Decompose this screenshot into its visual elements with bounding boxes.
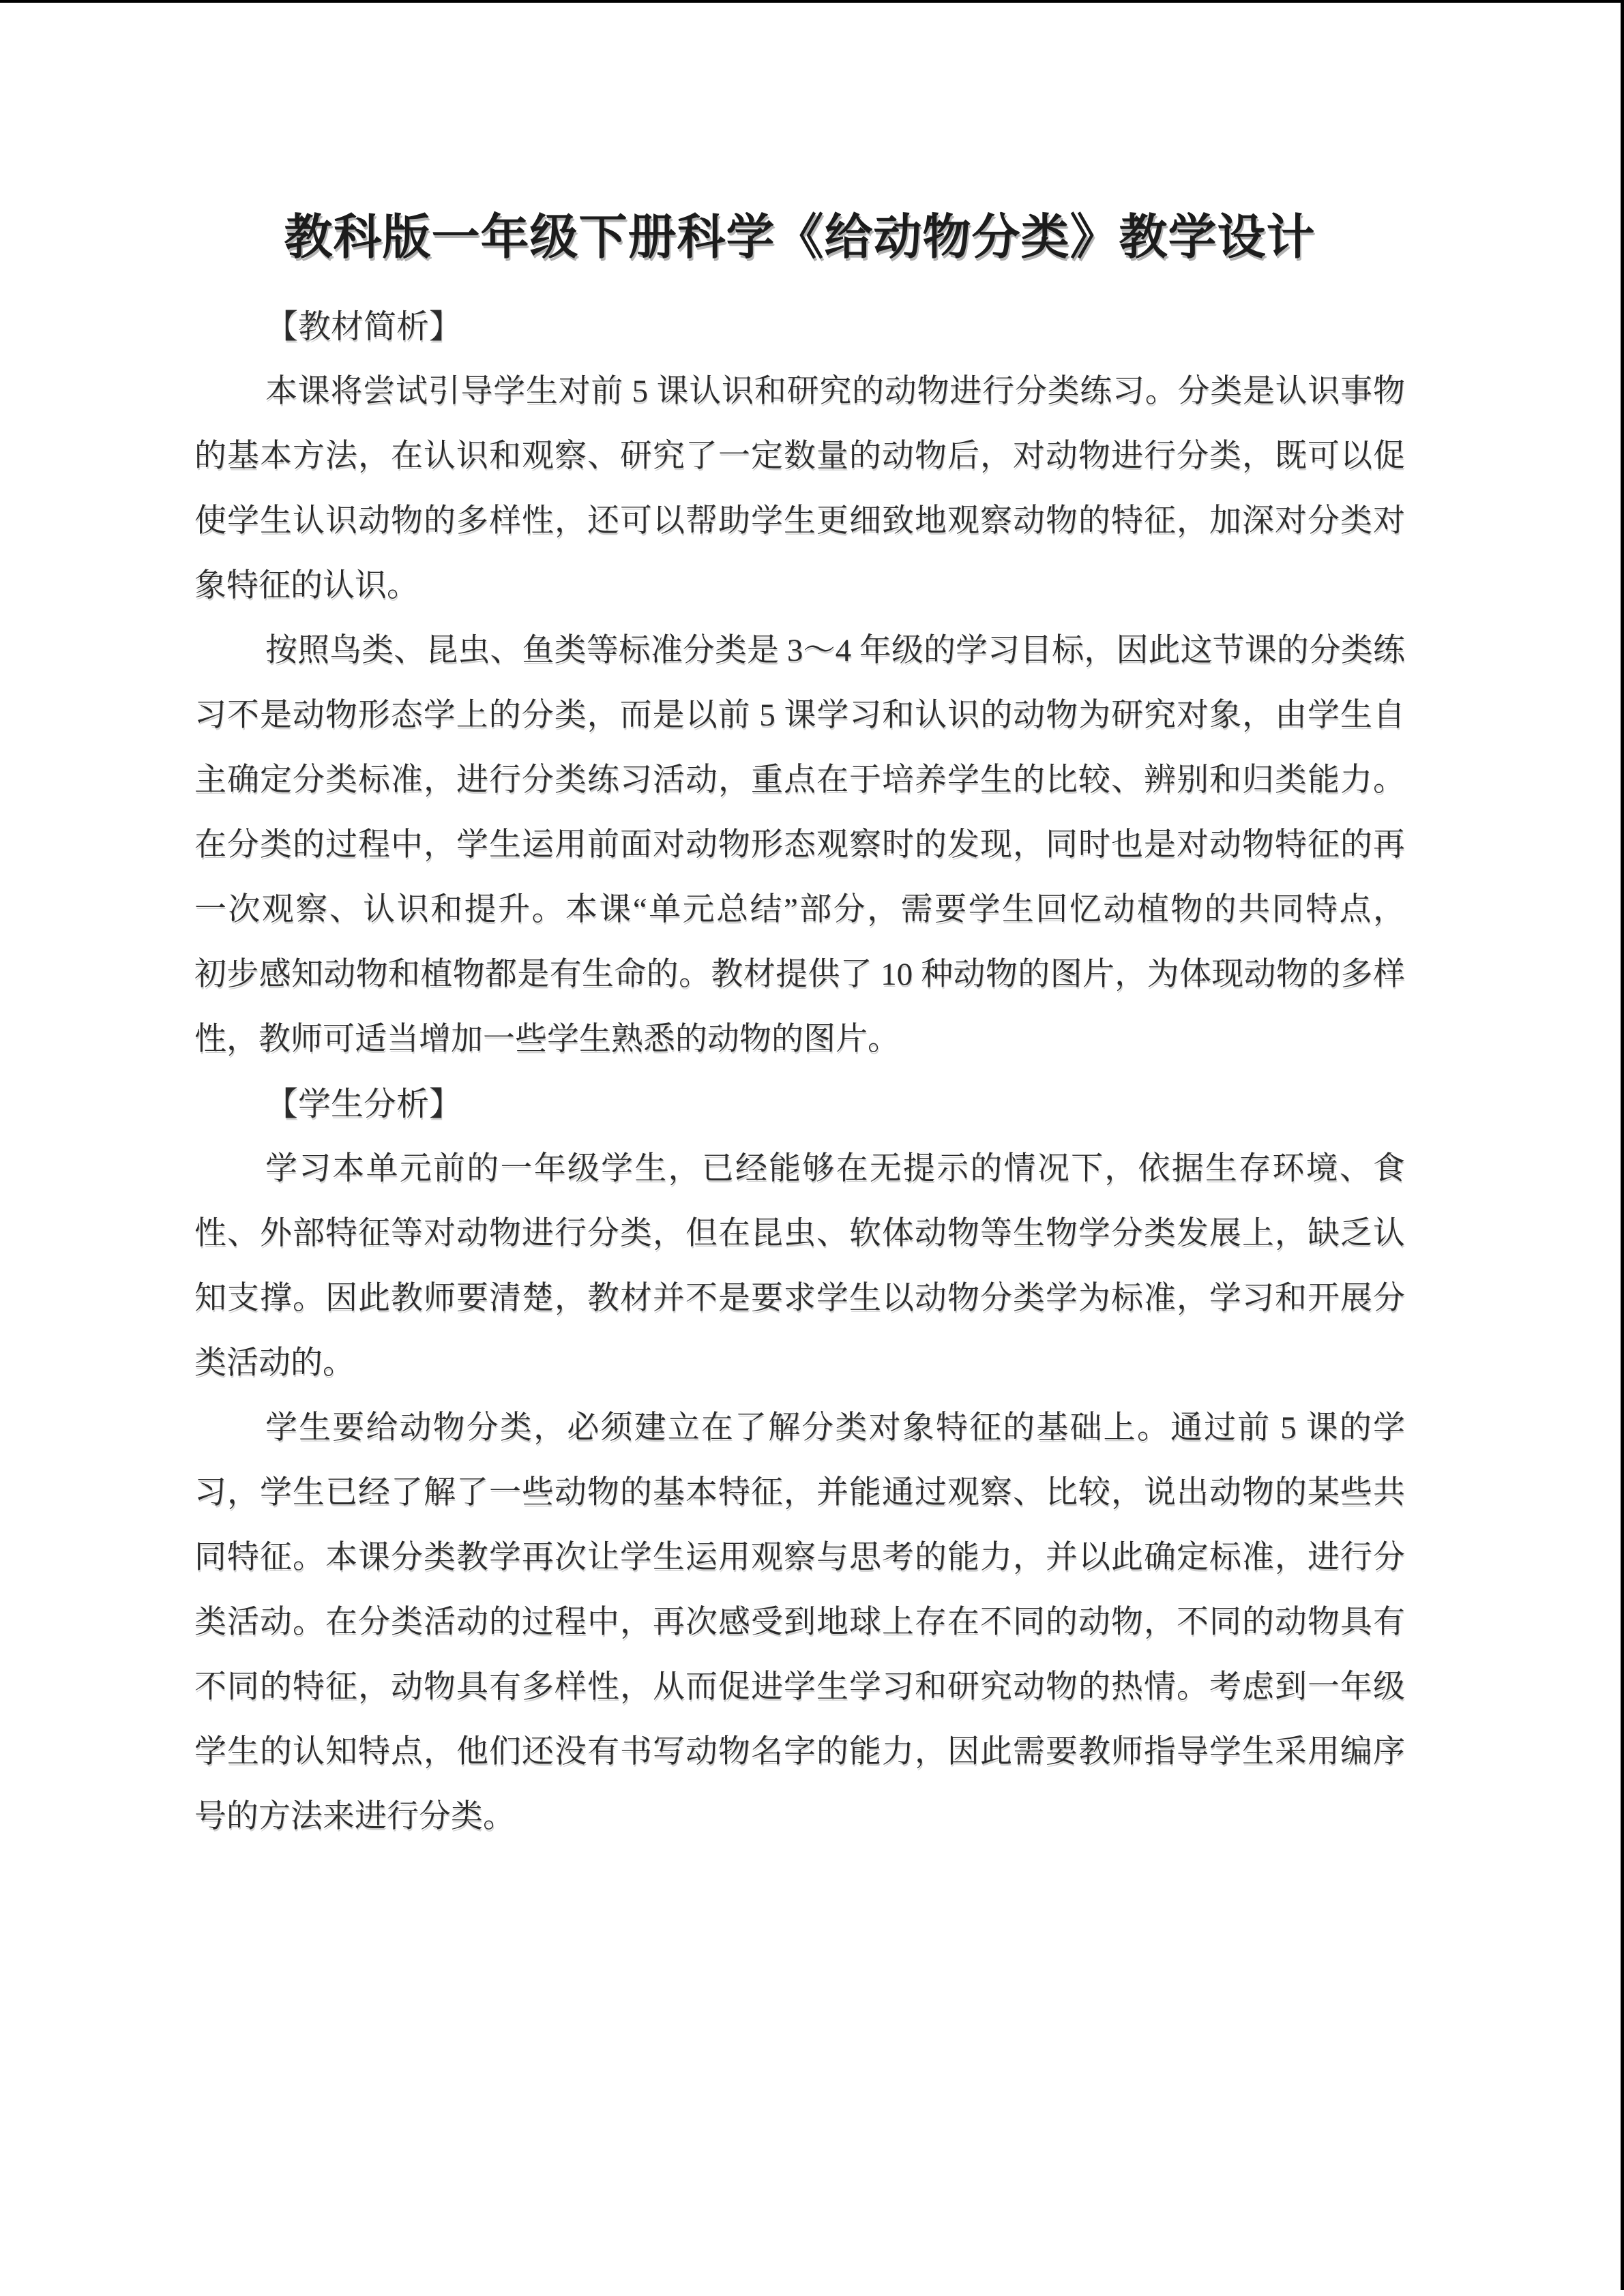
text-line: 号的方法来进行分类。 bbox=[194, 1785, 1405, 1849]
text-line: 学生要给动物分类，必须建立在了解分类对象特征的基础上。通过前 5 课的学 bbox=[194, 1396, 1405, 1461]
text-line: 性、外部特征等对动物进行分类，但在昆虫、软体动物等生物学分类发展上，缺乏认 bbox=[194, 1202, 1405, 1266]
text-line: 性，教师可适当增加一些学生熟悉的动物的图片。 bbox=[194, 1007, 1405, 1072]
text-line: 同特征。本课分类教学再次让学生运用观察与思考的能力，并以此确定标准，进行分 bbox=[194, 1525, 1405, 1590]
text-line: 象特征的认识。 bbox=[194, 554, 1405, 618]
text-line: 初步感知动物和植物都是有生命的。教材提供了 10 种动物的图片，为体现动物的多样 bbox=[194, 942, 1405, 1007]
document-title: 教科版一年级下册科学《给动物分类》教学设计 bbox=[194, 207, 1405, 269]
text-line: 学习本单元前的一年级学生，已经能够在无提示的情况下，依据生存环境、食 bbox=[194, 1137, 1405, 1202]
text-line: 使学生认识动物的多样性，还可以帮助学生更细致地观察动物的特征，加深对分类对 bbox=[194, 489, 1405, 554]
text-line: 知支撑。因此教师要清楚，教材并不是要求学生以动物分类学为标准，学习和开展分 bbox=[194, 1266, 1405, 1331]
text-line: 类活动。在分类活动的过程中，再次感受到地球上存在不同的动物，不同的动物具有 bbox=[194, 1590, 1405, 1655]
text-line: 本课将尝试引导学生对前 5 课认识和研究的动物进行分类练习。分类是认识事物 bbox=[194, 359, 1405, 424]
text-line: 主确定分类标准，进行分类练习活动，重点在于培养学生的比较、辨别和归类能力。 bbox=[194, 748, 1405, 813]
section-heading-material-analysis: 【教材简析】 bbox=[194, 295, 1405, 359]
text-line: 一次观察、认识和提升。本课“单元总结”部分，需要学生回忆动植物的共同特点， bbox=[194, 878, 1405, 942]
text-line: 不同的特征，动物具有多样性，从而促进学生学习和研究动物的热情。考虑到一年级 bbox=[194, 1655, 1405, 1720]
scan-edge-right bbox=[1621, 0, 1624, 2290]
text-line: 的基本方法，在认识和观察、研究了一定数量的动物后，对动物进行分类，既可以促 bbox=[194, 424, 1405, 489]
document-content: 教科版一年级下册科学《给动物分类》教学设计 【教材简析】 本课将尝试引导学生对前… bbox=[194, 0, 1405, 1849]
section-heading-student-analysis: 【学生分析】 bbox=[194, 1072, 1405, 1137]
text-line: 习不是动物形态学上的分类，而是以前 5 课学习和认识的动物为研究对象，由学生自 bbox=[194, 683, 1405, 748]
text-line: 学生的认知特点，他们还没有书写动物名字的能力，因此需要教师指导学生采用编序 bbox=[194, 1720, 1405, 1785]
text-line: 类活动的。 bbox=[194, 1331, 1405, 1396]
text-line: 习，学生已经了解了一些动物的基本特征，并能通过观察、比较，说出动物的某些共 bbox=[194, 1461, 1405, 1525]
text-line: 按照鸟类、昆虫、鱼类等标准分类是 3～4 年级的学习目标，因此这节课的分类练 bbox=[194, 618, 1405, 683]
text-line: 在分类的过程中，学生运用前面对动物形态观察时的发现，同时也是对动物特征的再 bbox=[194, 813, 1405, 878]
